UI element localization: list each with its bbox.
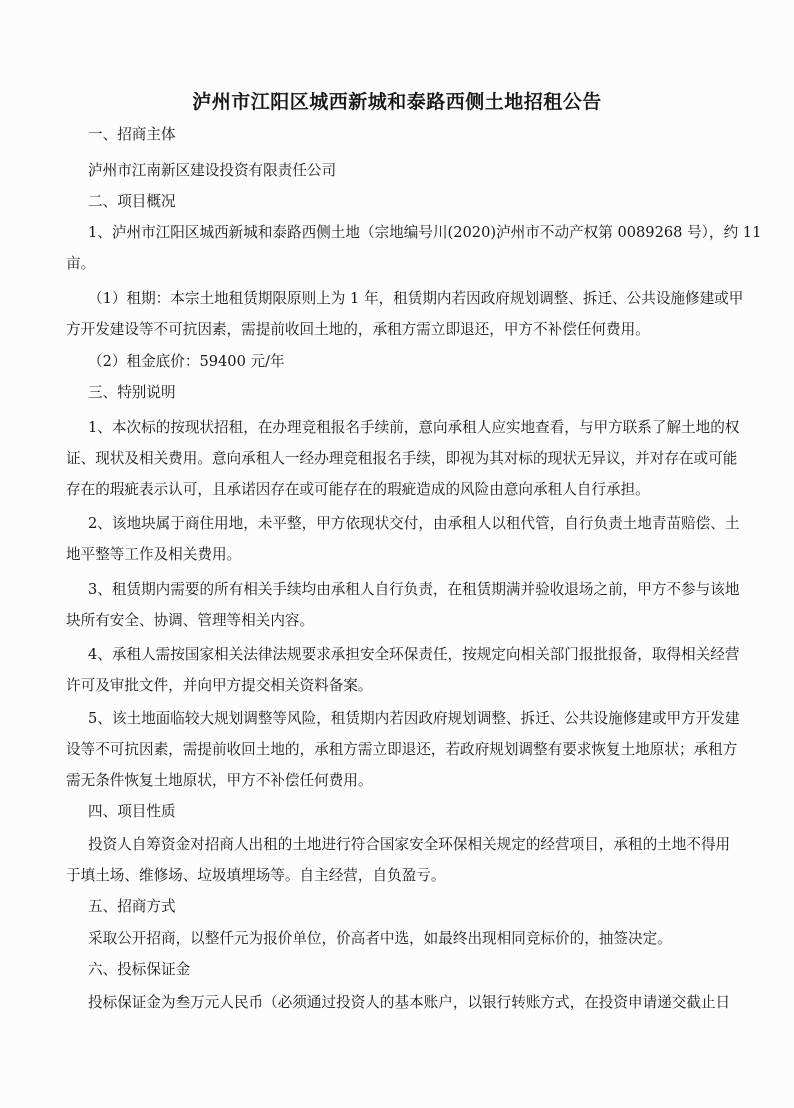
body-line: 采取公开招商，以整仟元为报价单位，价高者中选，如最终出现相同竞标价的，抽签决定。: [88, 929, 672, 949]
body-line: 5、该土地面临较大规划调整等风险，租赁期内若因政府规划调整、拆迁、公共设施修建或…: [88, 709, 728, 729]
body-line: 方开发建设等不可抗因素，需提前收回土地的，承租方需立即退还，甲方不补偿任何费用。: [66, 320, 650, 340]
section-heading-1: 一、招商主体: [88, 125, 176, 145]
body-line: 2、该地块属于商住用地，未平整，甲方依现状交付，由承租人以租代管，自行负责土地青…: [88, 514, 728, 534]
body-line: 投资人自筹资金对招商人出租的土地进行符合国家安全环保相关规定的经营项目，承租的土…: [88, 835, 728, 855]
section-heading-6: 六、投标保证金: [88, 960, 190, 980]
body-line: 3、租赁期内需要的所有相关手续均由承租人自行负责，在租赁期满并验收退场之前，甲方…: [88, 580, 728, 600]
body-line: 许可及审批文件，并向甲方提交相关资料备案。: [66, 676, 372, 696]
body-line: 4、承租人需按国家相关法律法规要求承担安全环保责任，按规定向相关部门报批报备，取…: [88, 645, 728, 665]
body-line: 投标保证金为叁万元人民币（必须通过投资人的基本账户，以银行转账方式，在投资申请递…: [88, 993, 728, 1013]
section-heading-5: 五、招商方式: [88, 897, 176, 917]
body-line: 1、泸州市江阳区城西新城和泰路西侧土地（宗地编号川(2020)泸州市不动产权第 …: [88, 223, 728, 243]
section-heading-2: 二、项目概况: [88, 192, 176, 212]
body-line: 1、本次标的按现状招租，在办理竞租报名手续前，意向承租人应实地查看，与甲方联系了…: [88, 418, 728, 438]
body-line: 亩。: [66, 254, 95, 274]
body-line: 存在的瑕疵表示认可，且承诺因存在或可能存在的瑕疵造成的风险由意向承租人自行承担。: [66, 480, 650, 500]
body-line: 地平整等工作及相关费用。: [66, 545, 241, 565]
body-line: 证、现状及相关费用。意向承租人一经办理竞租报名手续，即视为其对标的现状无异议，并…: [66, 449, 728, 469]
body-line: 需无条件恢复土地原状，甲方不补偿任何费用。: [66, 771, 372, 791]
document-title: 泸州市江阳区城西新城和泰路西侧土地招租公告: [0, 87, 794, 114]
section-heading-3: 三、特别说明: [88, 383, 176, 403]
body-line: 于填土场、维修场、垃圾填埋场等。自主经营，自负盈亏。: [66, 866, 445, 886]
body-line: （1）租期：本宗土地租赁期限原则上为 1 年，租赁期内若因政府规划调整、拆迁、公…: [88, 289, 728, 309]
body-line: 块所有安全、协调、管理等相关内容。: [66, 611, 314, 631]
body-line: 设等不可抗因素，需提前收回土地的，承租方需立即退还，若政府规划调整有要求恢复土地…: [66, 740, 728, 760]
document-page: 泸州市江阳区城西新城和泰路西侧土地招租公告 一、招商主体 泸州市江南新区建设投资…: [0, 0, 794, 1108]
body-line: 泸州市江南新区建设投资有限责任公司: [88, 161, 336, 181]
section-heading-4: 四、项目性质: [88, 802, 176, 822]
body-line: （2）租金底价：59400 元/年: [88, 352, 285, 372]
